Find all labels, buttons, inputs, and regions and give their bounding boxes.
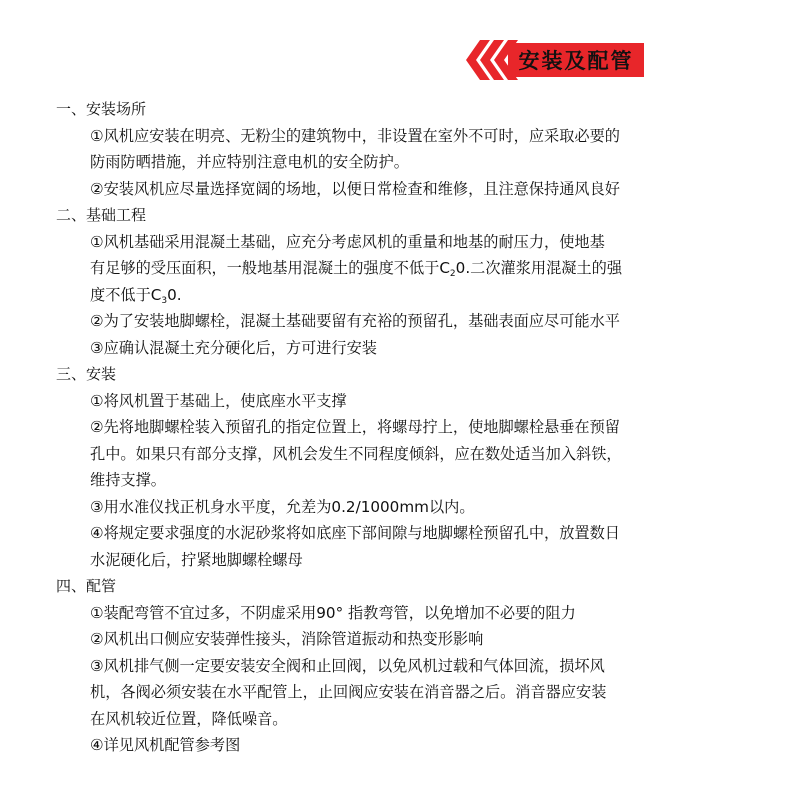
paragraph-line: ③应确认混凝土充分硬化后，方可进行安装 [56, 335, 680, 362]
section-heading-piping: 四、配管 [56, 573, 676, 600]
section-banner: 安装及配管 [466, 40, 646, 80]
paragraph-line: 在风机较近位置，降低噪音。 [56, 706, 680, 733]
paragraph-line: 维持支撑。 [56, 467, 680, 494]
text-fragment: 有足够的受压面积，一般地基用混凝土的强度不低于 [90, 259, 439, 277]
paragraph-line: ②安装风机应尽量选择宽阔的场地，以便日常检查和维修，且注意保持通风良好 [56, 176, 680, 203]
paragraph-line: ①风机应安装在明亮、无粉尘的建筑物中，非设置在室外不可时，应采取必要的 [56, 123, 680, 150]
paragraph-line: 有足够的受压面积，一般地基用混凝土的强度不低于C20.二次灌浆用混凝土的强 [56, 255, 680, 282]
paragraph-line: ①将风机置于基础上，使底座水平支撑 [56, 388, 680, 415]
paragraph-line: ③用水准仪找正机身水平度，允差为0.2/1000mm以内。 [56, 494, 680, 521]
paragraph-line: ②风机出口侧应安装弹性接头，消除管道振动和热变形影响 [56, 626, 680, 653]
concrete-grade-c20: C20. [439, 259, 470, 277]
paragraph-line: 度不低于C30. [56, 282, 680, 309]
concrete-grade-c30: C30. [151, 286, 182, 304]
document-body: 一、安装场所 ①风机应安装在明亮、无粉尘的建筑物中，非设置在室外不可时，应采取必… [56, 96, 676, 759]
paragraph-line: 防雨防晒措施，并应特别注意电机的安全防护。 [56, 149, 680, 176]
paragraph-line: 机，各阀必须安装在水平配管上，止回阀应安装在消音器之后。消音器应安装 [56, 679, 680, 706]
section-heading-installation: 三、安装 [56, 361, 676, 388]
paragraph-line: ①装配弯管不宜过多，不阴虚采用90° 指教弯管，以免增加不必要的阻力 [56, 600, 680, 627]
paragraph-line: ③风机排气侧一定要安装安全阀和止回阀，以免风机过载和气体回流，损坏风 [56, 653, 680, 680]
paragraph-line: ②先将地脚螺栓装入预留孔的指定位置上，将螺母拧上，使地脚螺栓悬垂在预留 [56, 414, 680, 441]
paragraph-line: ④详见风机配管参考图 [56, 732, 680, 759]
section-heading-install-site: 一、安装场所 [56, 96, 676, 123]
section-heading-foundation: 二、基础工程 [56, 202, 676, 229]
paragraph-line: 孔中。如果只有部分支撑，风机会发生不同程度倾斜，应在数处适当加入斜铁， [56, 441, 680, 468]
banner-title: 安装及配管 [519, 45, 634, 75]
banner-box: 安装及配管 [508, 43, 644, 77]
text-fragment: 度不低于 [90, 286, 151, 304]
text-fragment: 二次灌浆用混凝土的强 [470, 259, 622, 277]
paragraph-line: ②为了安装地脚螺栓，混凝土基础要留有充裕的预留孔，基础表面应尽可能水平 [56, 308, 680, 335]
paragraph-line: ④将规定要求强度的水泥砂浆将如底座下部间隙与地脚螺栓预留孔中，放置数日 [56, 520, 680, 547]
paragraph-line: ①风机基础采用混凝土基础，应充分考虑风机的重量和地基的耐压力，使地基 [56, 229, 680, 256]
paragraph-line: 水泥硬化后，拧紧地脚螺栓螺母 [56, 547, 680, 574]
